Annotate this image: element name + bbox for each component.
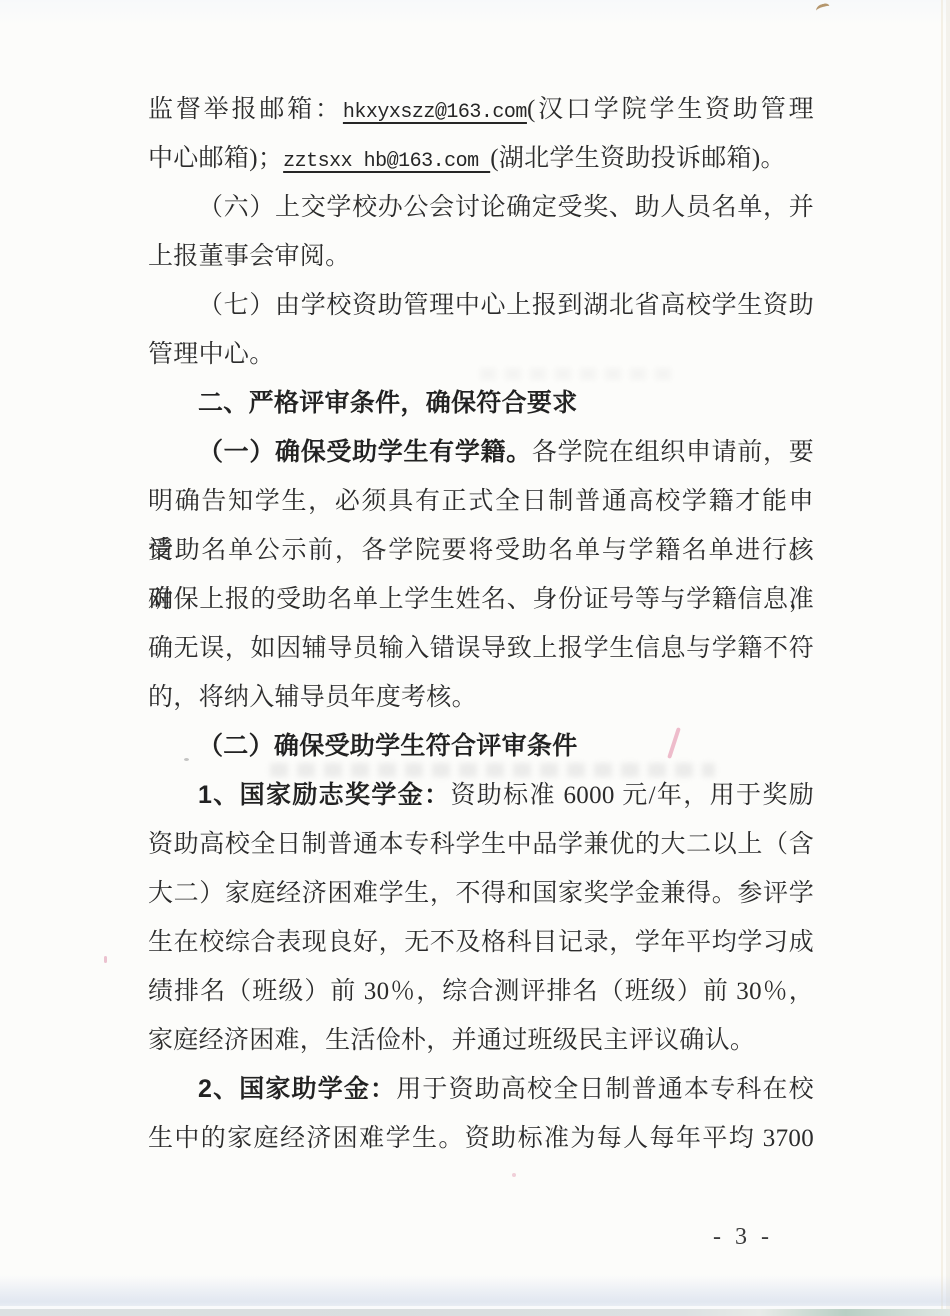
scanner-bottom-strip bbox=[0, 1309, 950, 1316]
scan-edge-line bbox=[946, 0, 950, 1316]
body-text: 管理中心。 bbox=[148, 341, 275, 368]
bold-heading-text: 二、严格评审条件，确保符合要求 bbox=[198, 389, 578, 417]
body-text: 绩排名（班级）前 30％，综合测评排名（班级）前 30％， bbox=[148, 978, 814, 1005]
bold-heading-text: （一）确保受助学生有学籍。 bbox=[198, 438, 532, 466]
body-text: 确无误，如因辅导员输入错误导致上报学生信息与学籍不符 bbox=[148, 635, 814, 662]
line-email-2: 中心邮箱)；zztsxx hb@163.com (湖北学生资助投诉邮箱)。 bbox=[148, 134, 814, 183]
line-email-1: 监督举报邮箱：hkxyxszz@163.com(汉口学院学生资助管理 bbox=[148, 85, 814, 134]
line-sub1-a: （一）确保受助学生有学籍。各学院在组织申请前，要 bbox=[148, 428, 814, 477]
bold-heading-text: （二）确保受助学生符合评审条件 bbox=[198, 732, 578, 760]
bold-heading-text: 2、国家助学金： bbox=[198, 1075, 396, 1103]
body-text: 中心邮箱)； bbox=[148, 145, 283, 172]
line-sub1-e: 确无误，如因辅导员输入错误导致上报学生信息与学籍不符 bbox=[148, 624, 814, 673]
body-text: 生中的家庭经济困难学生。资助标准为每人每年平均 3700 bbox=[148, 1125, 814, 1152]
scanned-document-page: 监督举报邮箱：hkxyxszz@163.com(汉口学院学生资助管理中心邮箱)；… bbox=[0, 0, 950, 1316]
body-text: （七）由学校资助管理中心上报到湖北省高校学生资助 bbox=[198, 292, 814, 319]
document-body: 监督举报邮箱：hkxyxszz@163.com(汉口学院学生资助管理中心邮箱)；… bbox=[148, 85, 814, 1163]
page-number: - 3 - bbox=[698, 1215, 788, 1259]
body-text: 监督举报邮箱： bbox=[148, 96, 343, 123]
line-award1-f: 家庭经济困难，生活俭朴，并通过班级民主评议确认。 bbox=[148, 1016, 814, 1065]
bold-heading-text: 1、国家励志奖学金： bbox=[198, 781, 450, 809]
line-item-6b: 上报董事会审阅。 bbox=[148, 232, 814, 281]
line-award1-a: 1、国家励志奖学金：资助标准 6000 元/年，用于奖励 bbox=[148, 771, 814, 820]
line-sub1-c: 受助名单公示前，各学院要将受助名单与学籍名单进行核对， bbox=[148, 526, 814, 575]
body-text: 大二）家庭经济困难学生，不得和国家奖学金兼得。参评学 bbox=[148, 880, 814, 907]
body-text: 生在校综合表现良好，无不及格科目记录，学年平均学习成 bbox=[148, 929, 814, 956]
scan-speck bbox=[512, 1173, 516, 1177]
scan-edge-line bbox=[941, 0, 943, 1316]
body-text: 的，将纳入辅导员年度考核。 bbox=[148, 684, 477, 711]
line-award1-e: 绩排名（班级）前 30％，综合测评排名（班级）前 30％， bbox=[148, 967, 814, 1016]
email-address-text: zztsxx hb@163.com bbox=[283, 150, 490, 173]
line-sub1-f: 的，将纳入辅导员年度考核。 bbox=[148, 673, 814, 722]
paper-stain-mark bbox=[815, 2, 831, 15]
body-text: 家庭经济困难，生活俭朴，并通过班级民主评议确认。 bbox=[148, 1027, 755, 1054]
email-address-text: hkxyxszz@163.com bbox=[343, 101, 527, 124]
line-award1-d: 生在校综合表现良好，无不及格科目记录，学年平均学习成 bbox=[148, 918, 814, 967]
line-award1-b: 资助高校全日制普通本专科学生中品学兼优的大二以上（含 bbox=[148, 820, 814, 869]
line-item-7a: （七）由学校资助管理中心上报到湖北省高校学生资助 bbox=[148, 281, 814, 330]
body-text: 资助标准 6000 元/年，用于奖励 bbox=[450, 782, 814, 809]
section-heading-2: 二、严格评审条件，确保符合要求 bbox=[148, 379, 814, 428]
line-sub1-b: 明确告知学生，必须具有正式全日制普通高校学籍才能申请。 bbox=[148, 477, 814, 526]
line-award2-a: 2、国家助学金：用于资助高校全日制普通本专科在校 bbox=[148, 1065, 814, 1114]
line-sub1-d: 确保上报的受助名单上学生姓名、身份证号等与学籍信息准 bbox=[148, 575, 814, 624]
body-text: 上报董事会审阅。 bbox=[148, 243, 350, 270]
body-text: (汉口学院学生资助管理 bbox=[527, 96, 814, 123]
line-award2-b: 生中的家庭经济困难学生。资助标准为每人每年平均 3700 bbox=[148, 1114, 814, 1163]
body-text: 资助高校全日制普通本专科学生中品学兼优的大二以上（含 bbox=[148, 831, 814, 858]
line-item-7b: 管理中心。 bbox=[148, 330, 814, 379]
body-text: 确保上报的受助名单上学生姓名、身份证号等与学籍信息准 bbox=[148, 586, 814, 613]
body-text: (湖北学生资助投诉邮箱)。 bbox=[490, 145, 786, 172]
section-heading-sub2: （二）确保受助学生符合评审条件 bbox=[148, 722, 814, 771]
body-text: 用于资助高校全日制普通本专科在校 bbox=[396, 1076, 814, 1103]
body-text: 各学院在组织申请前，要 bbox=[532, 439, 814, 466]
scanner-shadow-band bbox=[0, 1276, 950, 1306]
scan-speck bbox=[104, 956, 107, 963]
body-text: （六）上交学校办公会讨论确定受奖、助人员名单，并 bbox=[198, 194, 814, 221]
line-award1-c: 大二）家庭经济困难学生，不得和国家奖学金兼得。参评学 bbox=[148, 869, 814, 918]
line-item-6a: （六）上交学校办公会讨论确定受奖、助人员名单，并 bbox=[148, 183, 814, 232]
